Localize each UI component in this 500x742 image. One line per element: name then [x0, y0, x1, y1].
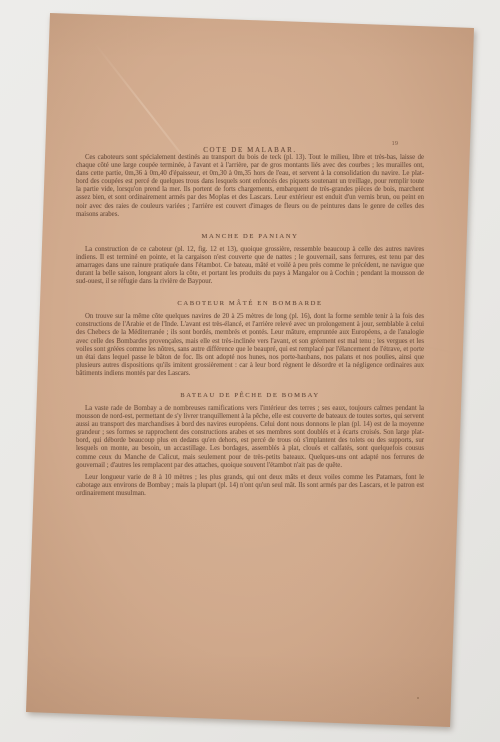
paragraph-intro: Ces caboteurs sont spécialement destinés…	[76, 154, 424, 219]
section-heading-manche-de-paniany: MANCHE DE PANIANY	[76, 233, 424, 240]
scan-background: COTE DE MALABAR. 19 Ces caboteurs sont s…	[0, 0, 500, 742]
page-number: 19	[392, 140, 399, 147]
section-heading-caboteur-mate-en-bombarde: CABOTEUR MÂTÉ EN BOMBARDE	[76, 300, 424, 307]
paragraph-caboteur-mate-en-bombarde: On trouve sur la même côte quelques navi…	[76, 313, 424, 378]
paragraph-bateau-de-peche-1: La vaste rade de Bombay a de nombreuses …	[76, 405, 424, 470]
paper-speck	[417, 697, 419, 699]
running-head: COTE DE MALABAR. 19	[76, 139, 424, 149]
paragraph-manche-de-paniany: La construction de ce caboteur (pl. 12, …	[76, 246, 424, 286]
text-block: COTE DE MALABAR. 19 Ces caboteurs sont s…	[76, 139, 424, 498]
running-head-title: COTE DE MALABAR.	[203, 146, 296, 154]
paper-speck	[24, 95, 27, 99]
paper-shadow: COTE DE MALABAR. 19 Ces caboteurs sont s…	[0, 0, 500, 742]
paragraph-bateau-de-peche-2: Leur longueur varie de 8 à 10 mètres ; l…	[76, 474, 424, 498]
section-heading-bateau-de-peche-de-bombay: BATEAU DE PÊCHE DE BOMBAY	[76, 392, 424, 399]
scanned-page: COTE DE MALABAR. 19 Ces caboteurs sont s…	[0, 0, 500, 742]
